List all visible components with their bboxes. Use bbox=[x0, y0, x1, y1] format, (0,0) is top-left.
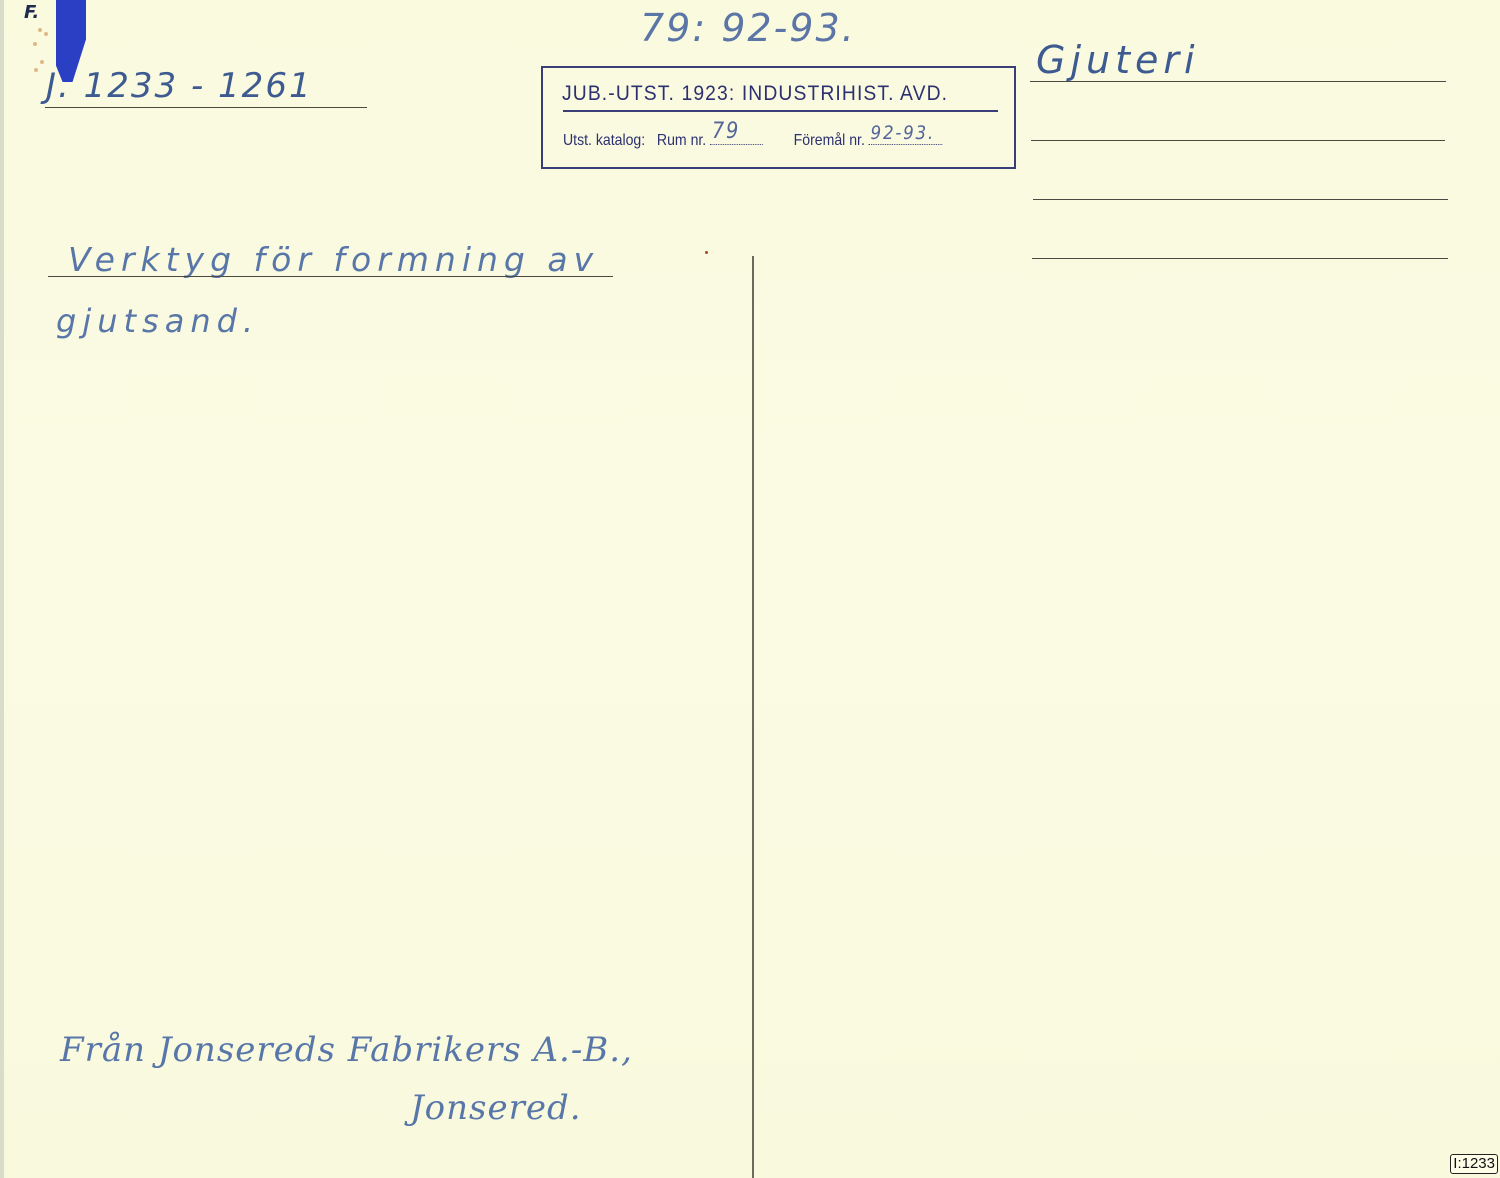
room-label: Rum nr. bbox=[657, 132, 706, 149]
category-line-3 bbox=[1033, 199, 1448, 200]
description-line-1: Verktyg för formning av bbox=[68, 240, 599, 279]
object-label: Föremål nr. bbox=[794, 132, 865, 149]
card-edge bbox=[0, 0, 4, 1178]
room-field: 79 bbox=[710, 130, 763, 145]
category-text: Gjuteri bbox=[1036, 38, 1200, 82]
provenance-line-2: Jonsered. bbox=[410, 1088, 582, 1128]
provenance-line-1: Från Jonsereds Fabrikers A.-B., bbox=[60, 1030, 633, 1070]
object-field: 92-93. bbox=[869, 130, 943, 145]
catalog-reference: 79: 92-93. bbox=[640, 6, 856, 50]
stamp-title: JUB.-UTST. 1923: INDUSTRIHIST. AVD. bbox=[562, 82, 948, 106]
accession-label: I:1233 bbox=[1450, 1154, 1498, 1174]
description-line-2: gjutsand. bbox=[56, 302, 259, 340]
column-divider bbox=[752, 256, 754, 1178]
object-value: 92-93. bbox=[871, 122, 935, 144]
stamp-divider bbox=[563, 110, 998, 112]
inventory-range: J. 1233 - 1261 bbox=[46, 66, 313, 106]
room-value: 79 bbox=[712, 119, 740, 144]
description-underline bbox=[48, 276, 613, 277]
catalog-card: F. J. 1233 - 1261 79: 92-93. JUB.-UTST. … bbox=[0, 0, 1500, 1178]
category-line-4 bbox=[1032, 258, 1448, 259]
category-line-2 bbox=[1031, 140, 1445, 141]
category-line-1 bbox=[1030, 81, 1446, 82]
ink-speck bbox=[705, 251, 708, 254]
stamp-catalog-row: Utst. katalog: Rum nr. 79 Föremål nr. 92… bbox=[563, 130, 943, 150]
exhibition-stamp: JUB.-UTST. 1923: INDUSTRIHIST. AVD. Utst… bbox=[541, 66, 1016, 169]
catalog-label: Utst. katalog: bbox=[563, 132, 645, 149]
inventory-underline bbox=[45, 107, 367, 108]
